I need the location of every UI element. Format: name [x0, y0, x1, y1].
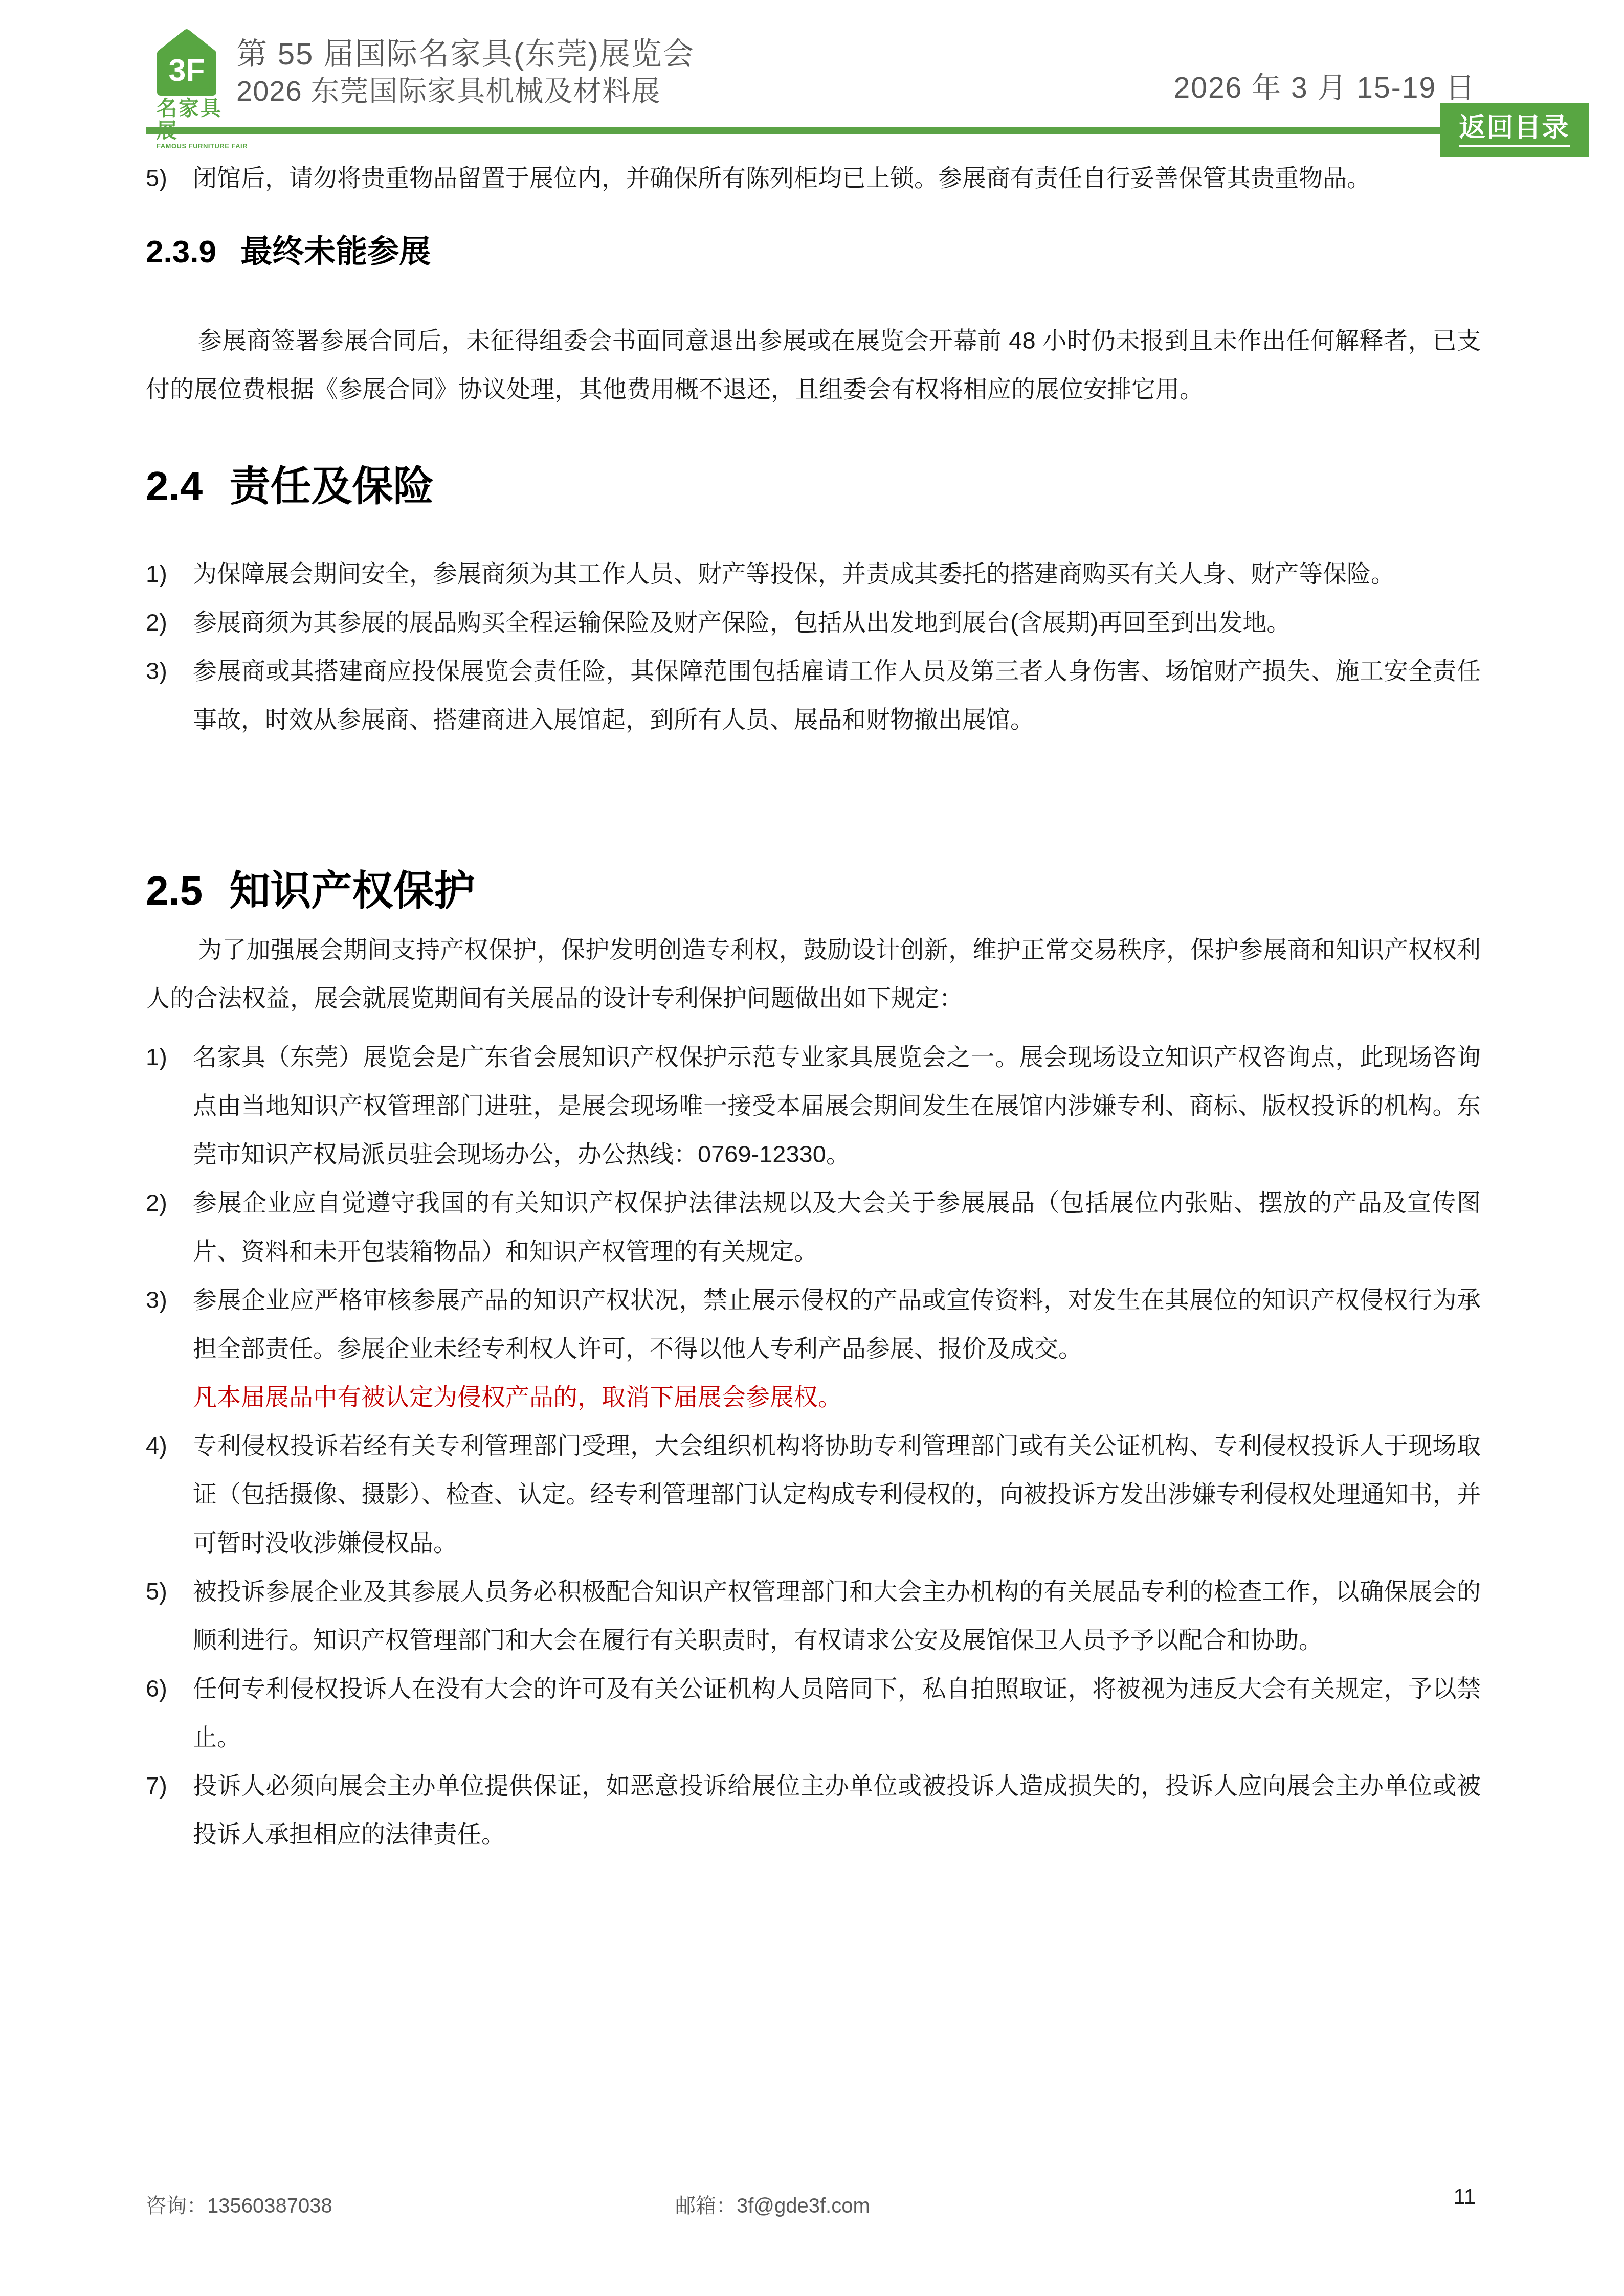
list-item-number: 2)	[146, 1178, 193, 1275]
page-number: 11	[1453, 2185, 1476, 2209]
list-item-number: 2)	[146, 598, 193, 646]
list-item: 1) 为保障展会期间安全，参展商须为其工作人员、财产等投保，并责成其委托的搭建商…	[146, 549, 1481, 598]
list-item-text: 参展企业应严格审核参展产品的知识产权状况，禁止展示侵权的产品或宣传资料，对发生在…	[193, 1286, 1481, 1362]
section-number: 2.4	[146, 463, 203, 509]
list-item-text-group: 参展企业应严格审核参展产品的知识产权状况，禁止展示侵权的产品或宣传资料，对发生在…	[193, 1275, 1481, 1421]
list-item-number: 3)	[146, 1275, 193, 1421]
list-item-number: 6)	[146, 1664, 193, 1761]
list-item-text: 为保障展会期间安全，参展商须为其工作人员、财产等投保，并责成其委托的搭建商购买有…	[193, 549, 1481, 598]
list-item-text: 名家具（东莞）展览会是广东省会展知识产权保护示范专业家具展览会之一。展会现场设立…	[193, 1032, 1481, 1178]
section-24-list: 1) 为保障展会期间安全，参展商须为其工作人员、财产等投保，并责成其委托的搭建商…	[146, 549, 1481, 744]
document-body: 5) 闭馆后，请勿将贵重物品留置于展位内，并确保所有陈列柜均已上锁。参展商有责任…	[0, 0, 1624, 1858]
section-25-list: 1) 名家具（东莞）展览会是广东省会展知识产权保护示范专业家具展览会之一。展会现…	[146, 1032, 1481, 1858]
section-heading-239: 2.3.9 最终未能参展	[146, 232, 1481, 273]
list-item-number: 1)	[146, 1032, 193, 1178]
list-item-text: 参展企业应自觉遵守我国的有关知识产权保护法律法规以及大会关于参展展品（包括展位内…	[193, 1178, 1481, 1275]
section-239-paragraph: 参展商签署参展合同后，未征得组委会书面同意退出参展或在展览会开幕前 48 小时仍…	[146, 316, 1481, 413]
list-item-text: 被投诉参展企业及其参展人员务必积极配合知识产权管理部门和大会主办机构的有关展品专…	[193, 1567, 1481, 1664]
section-number: 2.3.9	[146, 234, 216, 269]
list-item-number: 7)	[146, 1761, 193, 1858]
list-item: 7) 投诉人必须向展会主办单位提供保证，如恶意投诉给展位主办单位或被投诉人造成损…	[146, 1761, 1481, 1858]
infringement-warning-text: 凡本届展品中有被认定为侵权产品的，取消下届展会参展权。	[193, 1372, 1481, 1421]
list-item: 2) 参展商须为其参展的展品购买全程运输保险及财产保险，包括从出发地到展台(含展…	[146, 598, 1481, 646]
list-item-number: 5)	[146, 153, 193, 202]
list-item: 5) 闭馆后，请勿将贵重物品留置于展位内，并确保所有陈列柜均已上锁。参展商有责任…	[146, 153, 1481, 202]
footer-email: 邮箱：3f@gde3f.com	[675, 2190, 870, 2219]
list-item: 1) 名家具（东莞）展览会是广东省会展知识产权保护示范专业家具展览会之一。展会现…	[146, 1032, 1481, 1178]
section-number: 2.5	[146, 868, 203, 913]
list-item-text: 任何专利侵权投诉人在没有大会的许可及有关公证机构人员陪同下，私自拍照取证，将被视…	[193, 1664, 1481, 1761]
section-25-intro: 为了加强展会期间支持产权保护，保护发明创造专利权，鼓励设计创新，维护正常交易秩序…	[146, 925, 1481, 1022]
list-item-text: 参展商须为其参展的展品购买全程运输保险及财产保险，包括从出发地到展台(含展期)再…	[193, 598, 1481, 646]
list-item-text: 投诉人必须向展会主办单位提供保证，如恶意投诉给展位主办单位或被投诉人造成损失的，…	[193, 1761, 1481, 1858]
section-heading-25: 2.5 知识产权保护	[146, 866, 1481, 915]
footer-phone: 咨询：13560387038	[146, 2190, 332, 2219]
list-item: 3) 参展企业应严格审核参展产品的知识产权状况，禁止展示侵权的产品或宣传资料，对…	[146, 1275, 1481, 1421]
list-item-text: 专利侵权投诉若经有关专利管理部门受理，大会组织机构将协助专利管理部门或有关公证机…	[193, 1421, 1481, 1567]
list-item-text: 参展商或其搭建商应投保展览会责任险，其保障范围包括雇请工作人员及第三者人身伤害、…	[193, 646, 1481, 744]
list-item-number: 3)	[146, 646, 193, 744]
list-item: 6) 任何专利侵权投诉人在没有大会的许可及有关公证机构人员陪同下，私自拍照取证，…	[146, 1664, 1481, 1761]
list-item: 3) 参展商或其搭建商应投保展览会责任险，其保障范围包括雇请工作人员及第三者人身…	[146, 646, 1481, 744]
section-title: 最终未能参展	[240, 234, 431, 269]
document-page: 3F 名家具展 FAMOUS FURNITURE FAIR 第 55 届国际名家…	[0, 0, 1624, 2296]
list-item-number: 5)	[146, 1567, 193, 1664]
list-item: 2) 参展企业应自觉遵守我国的有关知识产权保护法律法规以及大会关于参展展品（包括…	[146, 1178, 1481, 1275]
list-item-number: 4)	[146, 1421, 193, 1567]
section-title: 责任及保险	[229, 463, 434, 509]
section-title: 知识产权保护	[229, 868, 475, 913]
list-item-number: 1)	[146, 549, 193, 598]
list-item: 5) 被投诉参展企业及其参展人员务必积极配合知识产权管理部门和大会主办机构的有关…	[146, 1567, 1481, 1664]
list-item-text: 闭馆后，请勿将贵重物品留置于展位内，并确保所有陈列柜均已上锁。参展商有责任自行妥…	[193, 153, 1481, 202]
section-heading-24: 2.4 责任及保险	[146, 462, 1481, 510]
list-item: 4) 专利侵权投诉若经有关专利管理部门受理，大会组织机构将协助专利管理部门或有关…	[146, 1421, 1481, 1567]
